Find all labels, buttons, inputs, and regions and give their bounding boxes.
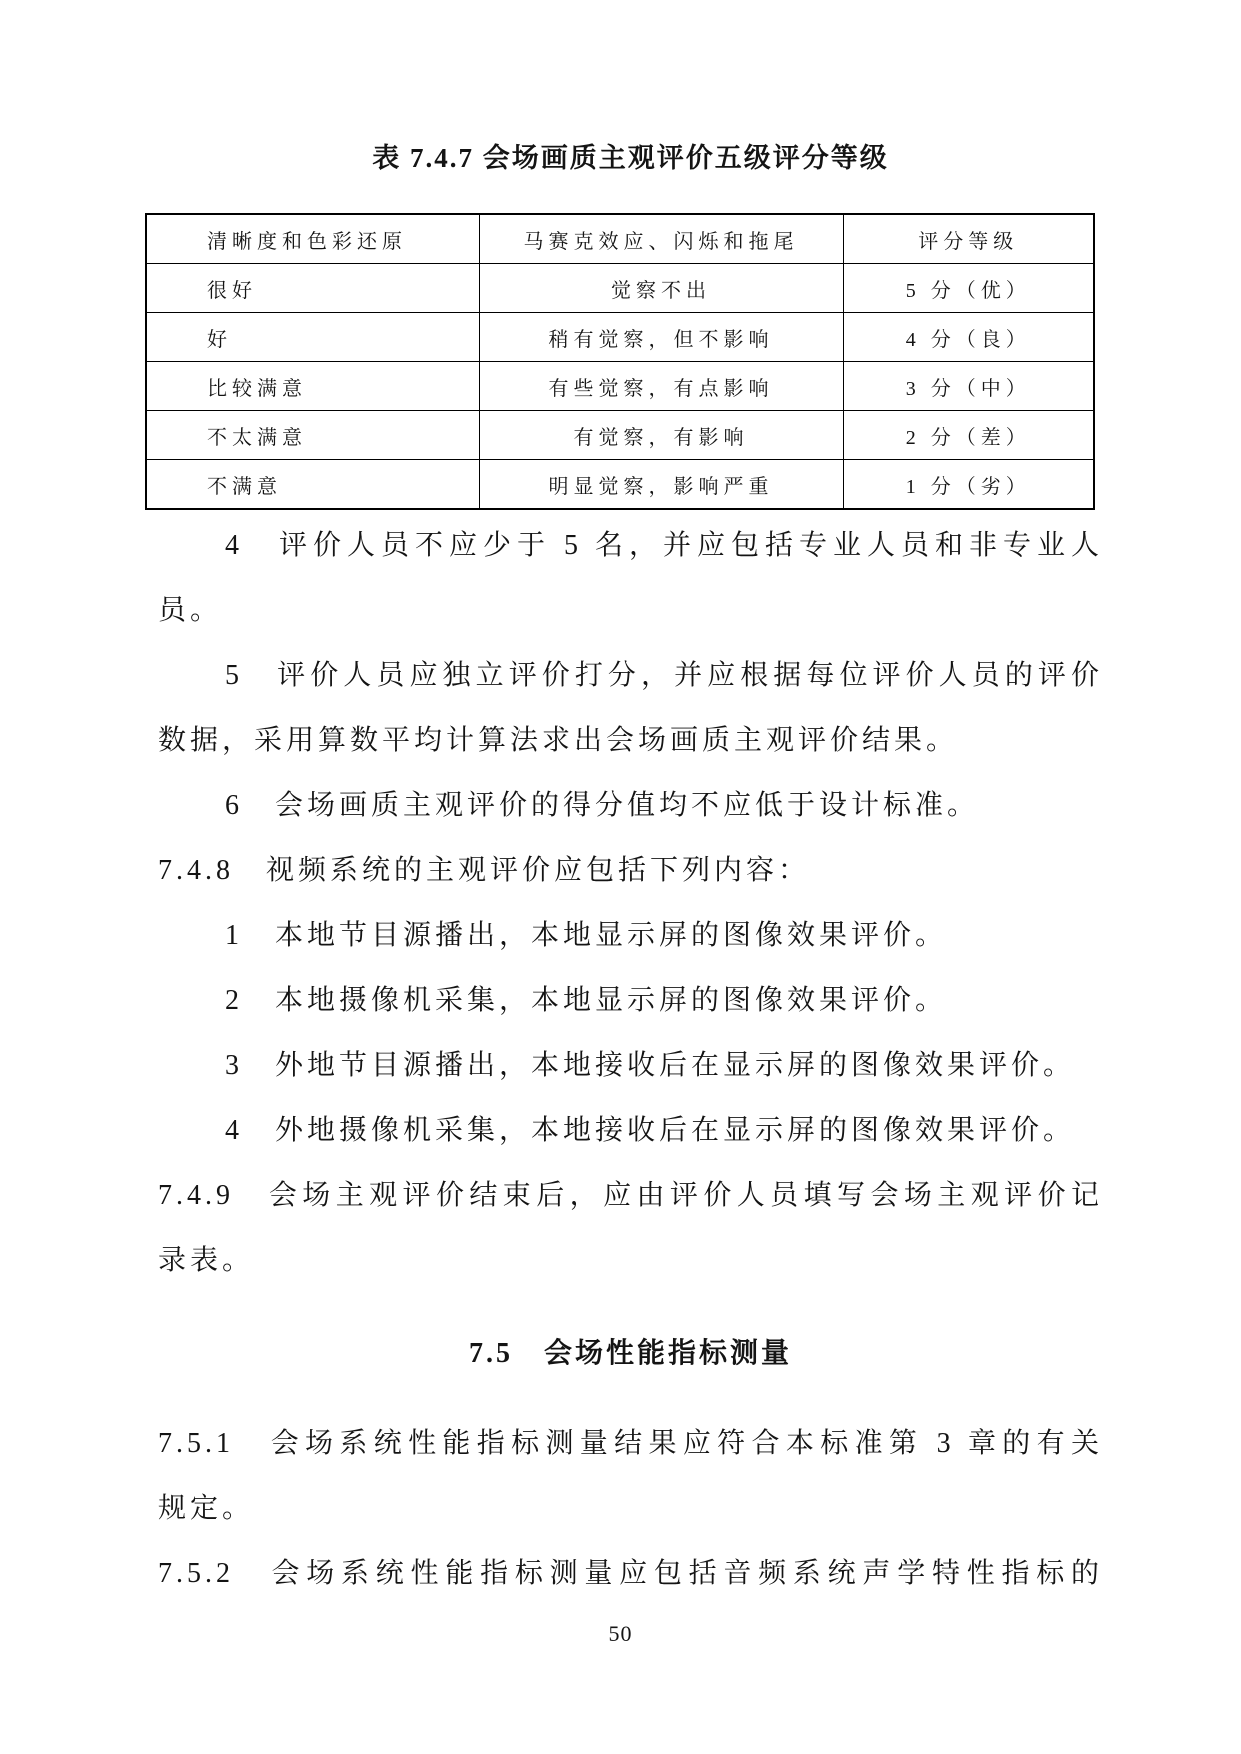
table-cell: 明显觉察，影响严重 — [479, 460, 843, 510]
table-row: 比较满意 有些觉察，有点影响 3 分（中） — [146, 362, 1094, 411]
clause-line: 2 本地摄像机采集，本地显示屏的图像效果评价。 — [158, 968, 1103, 1033]
clause-line: 7.4.9 会场主观评价结束后，应由评价人员填写会场主观评价记 — [158, 1163, 1103, 1228]
clause-line: 员。 — [158, 578, 1103, 643]
table-cell: 不满意 — [146, 460, 479, 510]
table-cell: 有觉察，有影响 — [479, 411, 843, 460]
table-cell: 有些觉察，有点影响 — [479, 362, 843, 411]
clause-line: 7.4.8 视频系统的主观评价应包括下列内容： — [158, 838, 1103, 903]
table-cell: 5 分（优） — [843, 264, 1094, 313]
clause-line: 录表。 — [158, 1228, 1103, 1293]
table-row: 很好 觉察不出 5 分（优） — [146, 264, 1094, 313]
table-header-grade: 评分等级 — [843, 214, 1094, 264]
table-header-row: 清晰度和色彩还原 马赛克效应、闪烁和拖尾 评分等级 — [146, 214, 1094, 264]
clause-line: 4 评价人员不应少于 5 名，并应包括专业人员和非专业人 — [158, 513, 1103, 578]
clause-line: 5 评价人员应独立评价打分，并应根据每位评价人员的评价 — [158, 643, 1103, 708]
clause-line: 1 本地节目源播出，本地显示屏的图像效果评价。 — [158, 903, 1103, 968]
table-cell: 2 分（差） — [843, 411, 1094, 460]
section-heading: 7.5 会场性能指标测量 — [158, 1321, 1103, 1386]
clause-line: 6 会场画质主观评价的得分值均不应低于设计标准。 — [158, 773, 1103, 838]
table-cell: 4 分（良） — [843, 313, 1094, 362]
clause-line: 3 外地节目源播出，本地接收后在显示屏的图像效果评价。 — [158, 1033, 1103, 1098]
clause-line: 7.5.1 会场系统性能指标测量结果应符合本标准第 3 章的有关 — [158, 1411, 1103, 1476]
table-cell: 不太满意 — [146, 411, 479, 460]
clause-line: 7.5.2 会场系统性能指标测量应包括音频系统声学特性指标的 — [158, 1541, 1103, 1606]
clause-line: 数据，采用算数平均计算法求出会场画质主观评价结果。 — [158, 708, 1103, 773]
clause-line: 4 外地摄像机采集，本地接收后在显示屏的图像效果评价。 — [158, 1098, 1103, 1163]
table-header-mosaic: 马赛克效应、闪烁和拖尾 — [479, 214, 843, 264]
table-caption: 表 7.4.7 会场画质主观评价五级评分等级 — [140, 138, 1121, 178]
body-text: 4 评价人员不应少于 5 名，并应包括专业人员和非专业人 员。 5 评价人员应独… — [158, 513, 1103, 1606]
table-cell: 很好 — [146, 264, 479, 313]
table-cell: 好 — [146, 313, 479, 362]
rating-table: 清晰度和色彩还原 马赛克效应、闪烁和拖尾 评分等级 很好 觉察不出 5 分（优）… — [145, 213, 1095, 510]
table-header-clarity: 清晰度和色彩还原 — [146, 214, 479, 264]
document-page: { "table": { "caption": "表 7.4.7 会场画质主观评… — [0, 0, 1241, 1754]
page-number: 50 — [0, 1622, 1241, 1646]
table-row: 好 稍有觉察，但不影响 4 分（良） — [146, 313, 1094, 362]
table-cell: 3 分（中） — [843, 362, 1094, 411]
table-cell: 1 分（劣） — [843, 460, 1094, 510]
table-row: 不太满意 有觉察，有影响 2 分（差） — [146, 411, 1094, 460]
table-cell: 比较满意 — [146, 362, 479, 411]
table-cell: 觉察不出 — [479, 264, 843, 313]
clause-line: 规定。 — [158, 1476, 1103, 1541]
table-cell: 稍有觉察，但不影响 — [479, 313, 843, 362]
table-row: 不满意 明显觉察，影响严重 1 分（劣） — [146, 460, 1094, 510]
